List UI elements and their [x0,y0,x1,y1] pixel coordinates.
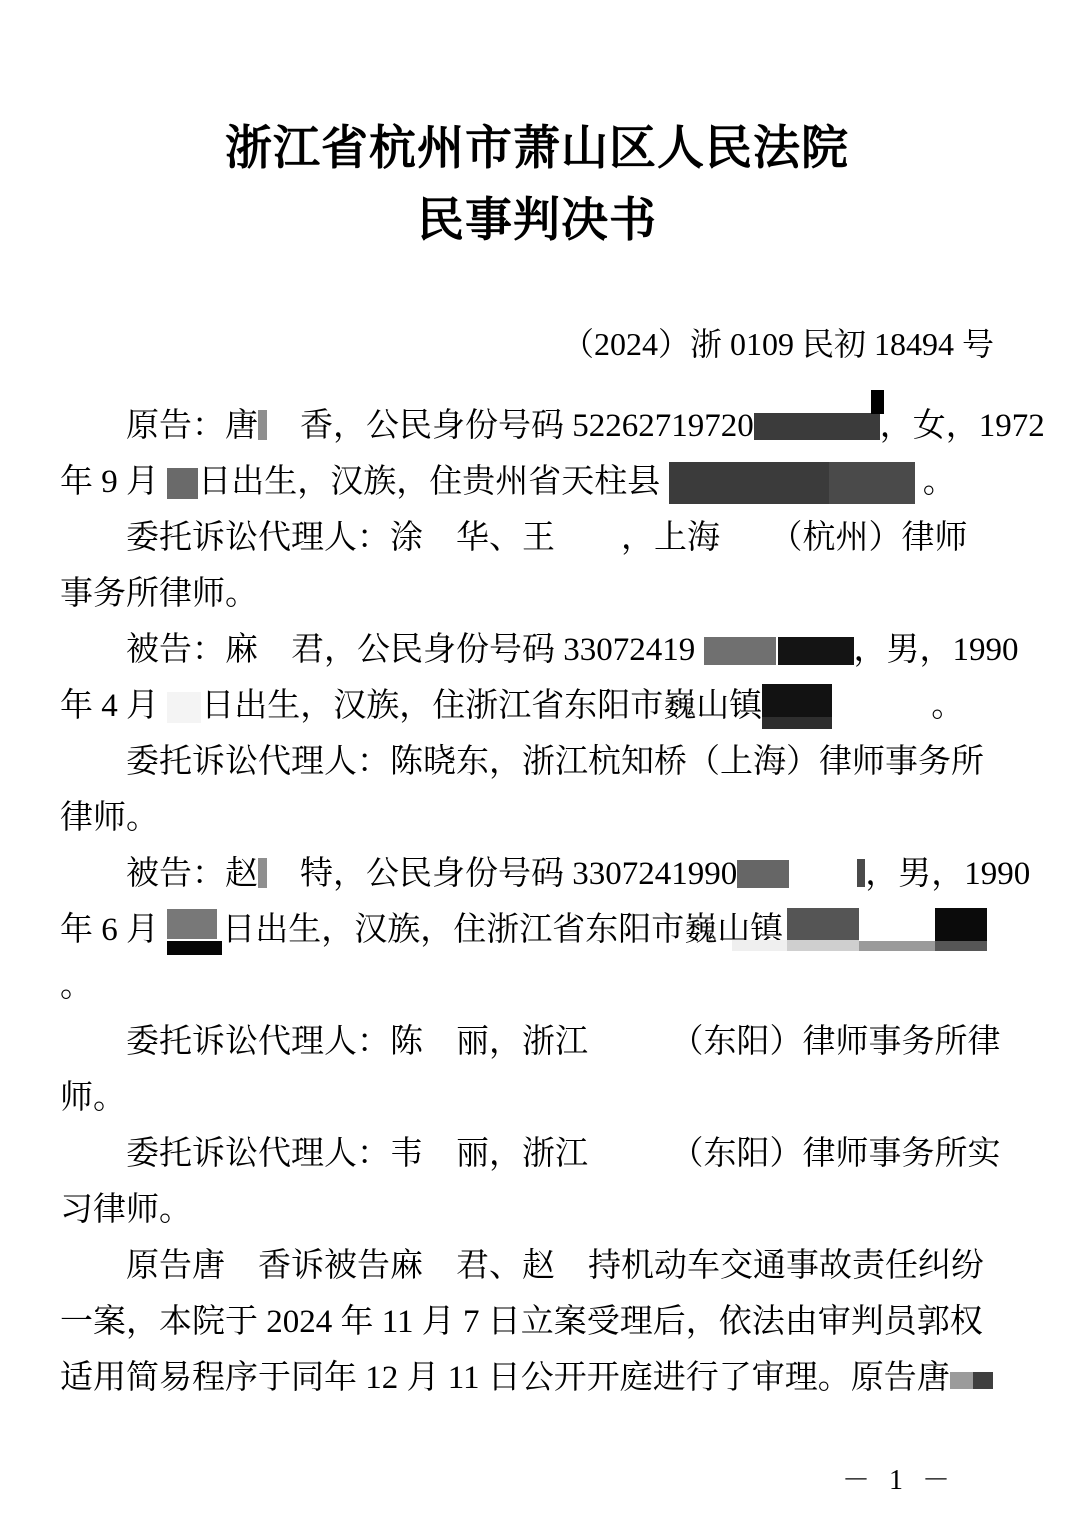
page-number-footer: － 1 － [842,1458,956,1498]
text-run: 原告：唐 [126,408,258,444]
text-run: 事务所律师。 [60,576,258,612]
redaction-box [762,684,832,730]
redaction-bar [258,410,267,440]
text-run: ，男，1990 [865,856,1030,892]
text-run: 。 [915,464,956,500]
judgment-document-page: 浙江省杭州市萧山区人民法院 民事判决书 （2024）浙 0109 民初 1849… [0,0,1074,1520]
text-run: ，男，1990 [854,632,1019,668]
defendant1-attorney-line-2: 律师。 [60,790,1016,846]
redaction-box-group [787,908,987,954]
redaction-box-cap [871,390,884,414]
text-run: 师。 [60,1080,126,1116]
redaction-box [935,908,987,941]
plaintiff-line-2: 年 9 月 日出生，汉族，住贵州省天柱县 。 [60,454,1016,510]
text-run: 年 4 月 [60,688,167,724]
redaction-box [778,637,854,665]
court-name-title: 浙江省杭州市萧山区人民法院 [0,118,1074,180]
plaintiff-attorney-line-1: 委托诉讼代理人：涂 华、王 ，上海 （杭州）律师 [60,510,1016,566]
text-run: 被告：麻 君，公民身份号码 33072419 [126,632,704,668]
case-summary-line-3: 适用简易程序于同年 12 月 11 日公开开庭进行了审理。原告唐 [60,1350,1016,1406]
text-run: 。 [832,688,964,724]
text-run: 年 6 月 [60,912,167,948]
redaction-strip [859,941,935,951]
text-run: 委托诉讼代理人：陈晓东，浙江杭知桥（上海）律师事务所 [126,744,984,780]
case-summary-line-2: 一案，本院于 2024 年 11 月 7 日立案受理后，依法由审判员郭权 [60,1294,1016,1350]
defendant1-attorney-line-1: 委托诉讼代理人：陈晓东，浙江杭知桥（上海）律师事务所 [60,734,1016,790]
defendant2-attorney2-line-1: 委托诉讼代理人：韦 丽，浙江 （东阳）律师事务所实 [60,1126,1016,1182]
defendant1-line-1: 被告：麻 君，公民身份号码 33072419 ，男，1990 [60,622,1016,678]
plaintiff-attorney-line-2: 事务所律师。 [60,566,1016,622]
redaction-box [787,908,859,940]
redaction-strip [787,940,859,951]
redaction-box [704,637,776,665]
redaction-box [167,468,198,499]
redaction-box [669,462,915,504]
redaction-strip [935,941,987,951]
redaction-box-part [167,909,217,939]
document-body: 原告：唐 香，公民身份号码 52262719720，女，1972 年 9 月 日… [60,398,1016,1406]
defendant2-line-1: 被告：赵 特，公民身份号码 3307241990，男，1990 [60,846,1016,902]
text-run: 日出生，汉族，住浙江省东阳市巍山镇 [201,688,762,724]
text-run: 被告：赵 [126,856,258,892]
text-run: 适用简易程序于同年 12 月 11 日公开开庭进行了审理。原告唐 [60,1360,950,1396]
case-number: （2024）浙 0109 民初 18494 号 [0,324,994,364]
text-run: 委托诉讼代理人：陈 丽，浙江 （东阳）律师事务所律 [126,1024,1001,1060]
defendant2-line-2: 年 6 月 日出生，汉族，住浙江省东阳市巍山镇 [60,902,1016,958]
redaction-box-faint [167,692,201,723]
defendant2-attorney1-line-2: 师。 [60,1070,1016,1126]
document-type-title: 民事判决书 [0,190,1074,252]
redaction-box [167,909,222,955]
text-run: 。 [60,968,93,1004]
redaction-box [737,860,789,888]
text-run: 委托诉讼代理人：韦 丽，浙江 （东阳）律师事务所实 [126,1136,1001,1172]
redaction-bar [258,858,267,888]
text-run: ，女，1972 [880,408,1045,444]
text-run: 习律师。 [60,1192,192,1228]
case-summary-line-1: 原告唐 香诉被告麻 君、赵 持机动车交通事故责任纠纷 [60,1238,1016,1294]
redaction-box [754,413,880,440]
redaction-strip [732,940,787,951]
text-run: 年 9 月 [60,464,167,500]
text-run: 律师。 [60,800,159,836]
plaintiff-line-1: 原告：唐 香，公民身份号码 52262719720，女，1972 [60,398,1016,454]
defendant2-attorney2-line-2: 习律师。 [60,1182,1016,1238]
text-run: 香，公民身份号码 52262719720 [267,408,754,444]
defendant1-line-2: 年 4 月 日出生，汉族，住浙江省东阳市巍山镇 。 [60,678,1016,734]
redaction-box-part [167,941,222,955]
text-run: 日出生，汉族，住贵州省天柱县 [198,464,668,500]
redaction-box [973,1372,993,1389]
text-run: 委托诉讼代理人：涂 华、王 ，上海 （杭州）律师 [126,520,968,556]
text-run: 原告唐 香诉被告麻 君、赵 持机动车交通事故责任纠纷 [126,1248,984,1284]
defendant2-line-3: 。 [60,958,1016,1014]
text-run: 日出生，汉族，住浙江省东阳市巍山镇 [222,912,783,948]
defendant2-attorney1-line-1: 委托诉讼代理人：陈 丽，浙江 （东阳）律师事务所律 [60,1014,1016,1070]
text-run: 一案，本院于 2024 年 11 月 7 日立案受理后，依法由审判员郭权 [60,1304,983,1340]
redaction-box [950,1372,973,1389]
text-run: 特，公民身份号码 3307241990 [267,856,737,892]
